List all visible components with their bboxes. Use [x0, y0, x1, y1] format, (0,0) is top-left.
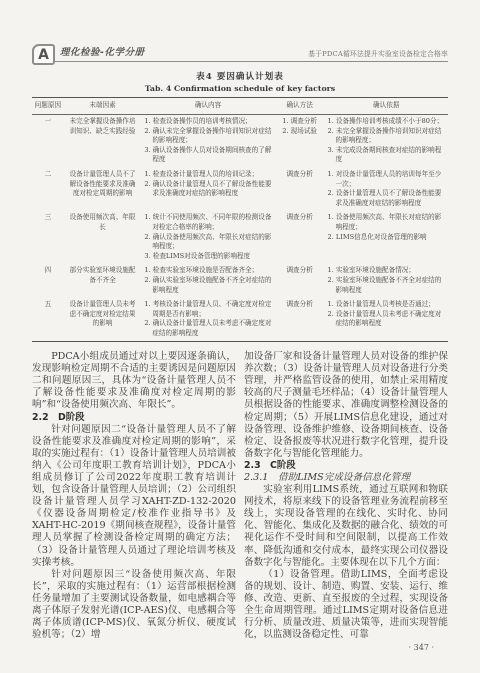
- cell-method: 调查分析: [275, 264, 325, 298]
- header-cell-method: 确认方法: [275, 98, 325, 115]
- cell-item: 2. 现场试验: [278, 127, 322, 137]
- table-row: 三 设备使用频次高、年限长 1. 统计不同使用频次、不同年限的检测设备对检定合格…: [32, 211, 448, 264]
- cell-method: 调查分析: [275, 168, 325, 211]
- table-header-row: 问题原因 末端因素 确认内容 确认方法 确认依据: [32, 98, 448, 115]
- cell-item: 1. 设备操作培训考核成绩不小于80分；: [327, 117, 445, 127]
- cell-item: 2. 确认实验室环境设施配备不齐全对症结的影响程度: [144, 276, 271, 295]
- page-header: A 理化检验-化学分册 基于PDCA循环法提升实验室设备检定合格率: [32, 40, 448, 62]
- cell-factor: 未完全掌握设备操作培训知识、缺乏实践经验: [64, 115, 142, 168]
- cell-item: 1. 检查设备计量管理人员的培训记录；: [144, 170, 271, 180]
- header-cell-basis: 确认依据: [324, 98, 448, 115]
- cell-factor: 部分实验室环境设施配备不齐全: [64, 264, 142, 298]
- cell-item: 3. 检查LIMS对设备管理的影响程度: [144, 252, 271, 262]
- cell-item: 调查分析: [278, 170, 322, 180]
- paragraph: 加设备厂家和设备计量管理人员对设备的维护保养次数；（3）设备计量管理人员对设备进…: [244, 351, 448, 460]
- left-column: PDCA小组成员通过对以上要因逐条确认，发现影响检定周期不合适的主要诱因是问题原…: [32, 351, 236, 654]
- cell-item: 2. 确认设备使用频次高、年限长对症结的影响程度；: [144, 233, 271, 252]
- cell-basis: 1. 设备操作培训考核成绩不小于80分；2. 未完全掌握设备操作培训知识对症结的…: [324, 115, 448, 168]
- cell-item: 调查分析: [278, 300, 322, 310]
- journal-logo: A 理化检验-化学分册: [32, 44, 144, 58]
- header-cell-problem: 问题原因: [32, 98, 64, 115]
- paragraph: 针对问题原因二“设备计量管理人员不了解设备性能要求及准确度对检定周期的影响”，采…: [32, 424, 236, 569]
- cell-problem-no: 五: [32, 298, 64, 341]
- cell-item: 1. 统计不同使用频次、不同年限的检测设备对检定合格率的影响；: [144, 213, 271, 232]
- right-column: 加设备厂家和设备计量管理人员对设备的维护保养次数；（3）设备计量管理人员对设备进…: [244, 351, 448, 654]
- cell-item: 1. 考核设备计量管理人员、不确定度对检定周期是否有影响；: [144, 300, 271, 319]
- running-title: 基于PDCA循环法提升实验室设备检定合格率: [308, 48, 448, 58]
- factor-confirmation-table: 问题原因 末端因素 确认内容 确认方法 确认依据 一 未完全掌握设备操作培训知识…: [32, 97, 448, 342]
- cell-item: 1. 检查实验室环境设施是否配备齐全；: [144, 266, 271, 276]
- cell-basis: 1. 实验室环境设施配备情况；2. 实验室环境设施配备不齐全对症结的影响程度: [324, 264, 448, 298]
- paragraph: 针对问题原因三“设备使用频次高、年限长”，采取的实施过程有：（1）运营部根据检测…: [32, 569, 236, 642]
- cell-item: 2. 确认设备计量管理人员不了解设备性能要求及准确度对症结的影响程度: [144, 180, 271, 199]
- table-row: 一 未完全掌握设备操作培训知识、缺乏实践经验 1. 检查设备操作员的培训考核情况…: [32, 115, 448, 168]
- article-body: PDCA小组成员通过对以上要因逐条确认，发现影响检定周期不合适的主要诱因是问题原…: [32, 351, 448, 654]
- cell-item: 调查分析: [278, 213, 322, 223]
- journal-page: A 理化检验-化学分册 基于PDCA循环法提升实验室设备检定合格率 表4 要因确…: [32, 0, 448, 654]
- header-cell-factor: 末端因素: [64, 98, 142, 115]
- cell-problem-no: 三: [32, 211, 64, 264]
- journal-name: 理化检验-化学分册: [60, 44, 144, 58]
- cell-item: 1. 检查设备操作员的培训考核情况；: [144, 117, 271, 127]
- cell-item: 1. 实验室环境设施配备情况；: [327, 266, 445, 276]
- section-heading-2-2: 2.2 D阶段: [32, 412, 236, 424]
- cell-item: 调查分析: [278, 266, 322, 276]
- cell-item: 1. 设备使用频次高、年限长对症结的影响程度；: [327, 213, 445, 232]
- paragraph: PDCA小组成员通过对以上要因逐条确认，发现影响检定周期不合适的主要诱因是问题原…: [32, 351, 236, 411]
- cell-content: 1. 检查设备计量管理人员的培训记录；2. 确认设备计量管理人员不了解设备性能要…: [141, 168, 274, 211]
- table-row: 四 部分实验室环境设施配备不齐全 1. 检查实验室环境设施是否配备齐全；2. 确…: [32, 264, 448, 298]
- cell-content: 1. 考核设备计量管理人员、不确定度对检定周期是否有影响；2. 确认设备计量管理…: [141, 298, 274, 341]
- cell-basis: 1. 对设备计量管理人员的培训每年至少一次；2. 设备计量管理人员不了解设备性能…: [324, 168, 448, 211]
- page-number: · 347 ·: [244, 642, 448, 654]
- section-heading-2-3: 2.3 C阶段: [244, 460, 448, 472]
- cell-item: 1. 调查分析: [278, 117, 322, 127]
- cell-item: 2. 确认未完全掌握设备操作培训知识对症结的影响程度；: [144, 127, 271, 146]
- paragraph: 实验室利用LIMS系统，通过互联网和物联网技术，将原来线下的设备管理业务流程前移…: [244, 484, 448, 569]
- cell-factor: 设备使用频次高、年限长: [64, 211, 142, 264]
- cell-factor: 设备计量管理人员不了解设备性能要求及准确度对检定周期的影响: [64, 168, 142, 211]
- cell-method: 1. 调查分析2. 现场试验: [275, 115, 325, 168]
- cell-method: 调查分析: [275, 298, 325, 341]
- cell-problem-no: 四: [32, 264, 64, 298]
- cell-item: 1. 设备计量管理人员考核是否通过；: [327, 300, 445, 310]
- paragraph: （1）设备管理。借助LIMS，全面考虑设备的规划、设计、制造、购置、安装、运行、…: [244, 569, 448, 642]
- cell-basis: 1. 设备计量管理人员考核是否通过；2. 设备计量管理人员未考虑不确定度对症结的…: [324, 298, 448, 341]
- cell-basis: 1. 设备使用频次高、年限长对症结的影响程度；2. LIMS信息化对设备管理的影…: [324, 211, 448, 264]
- cell-item: 2. 设备计量管理人员未考虑不确定度对症结的影响程度: [327, 310, 445, 329]
- table-title-zh: 表4 要因确认计划表: [32, 70, 448, 82]
- cell-item: 3. 未完成设备期间核查对症结的影响程度: [327, 146, 445, 165]
- cell-method: 调查分析: [275, 211, 325, 264]
- cell-item: 2. 确认设备计量管理人员未考虑不确定度对症结的影响程度: [144, 319, 271, 338]
- cell-item: 3. 确认设备操作人员对设备期间核查的了解程度: [144, 146, 271, 165]
- cell-content: 1. 检查实验室环境设施是否配备齐全；2. 确认实验室环境设施配备不齐全对症结的…: [141, 264, 274, 298]
- cell-item: 2. 实验室环境设施配备不齐全对症结的影响程度: [327, 276, 445, 295]
- cell-problem-no: 二: [32, 168, 64, 211]
- journal-logo-icon: A: [32, 44, 55, 65]
- cell-content: 1. 检查设备操作员的培训考核情况；2. 确认未完全掌握设备操作培训知识对症结的…: [141, 115, 274, 168]
- cell-item: 1. 对设备计量管理人员的培训每年至少一次；: [327, 170, 445, 189]
- cell-content: 1. 统计不同使用频次、不同年限的检测设备对检定合格率的影响；2. 确认设备使用…: [141, 211, 274, 264]
- cell-item: 2. LIMS信息化对设备管理的影响: [327, 233, 445, 243]
- table-title-en: Tab. 4 Confirmation schedule of key fact…: [32, 84, 448, 93]
- cell-item: 2. 设备计量管理人员不了解设备性能要求及准确度对症结的影响程度: [327, 189, 445, 208]
- table-row: 二 设备计量管理人员不了解设备性能要求及准确度对检定周期的影响 1. 检查设备计…: [32, 168, 448, 211]
- subsection-heading-2-3-1: 2.3.1 借助LIMS完成设备信息化管理: [244, 472, 448, 484]
- cell-factor: 设备计量管理人员未考虑不确定度对检定结果的影响: [64, 298, 142, 341]
- cell-problem-no: 一: [32, 115, 64, 168]
- cell-item: 2. 未完全掌握设备操作培训知识对症结的影响程度；: [327, 127, 445, 146]
- table-row: 五 设备计量管理人员未考虑不确定度对检定结果的影响 1. 考核设备计量管理人员、…: [32, 298, 448, 341]
- header-cell-content: 确认内容: [141, 98, 274, 115]
